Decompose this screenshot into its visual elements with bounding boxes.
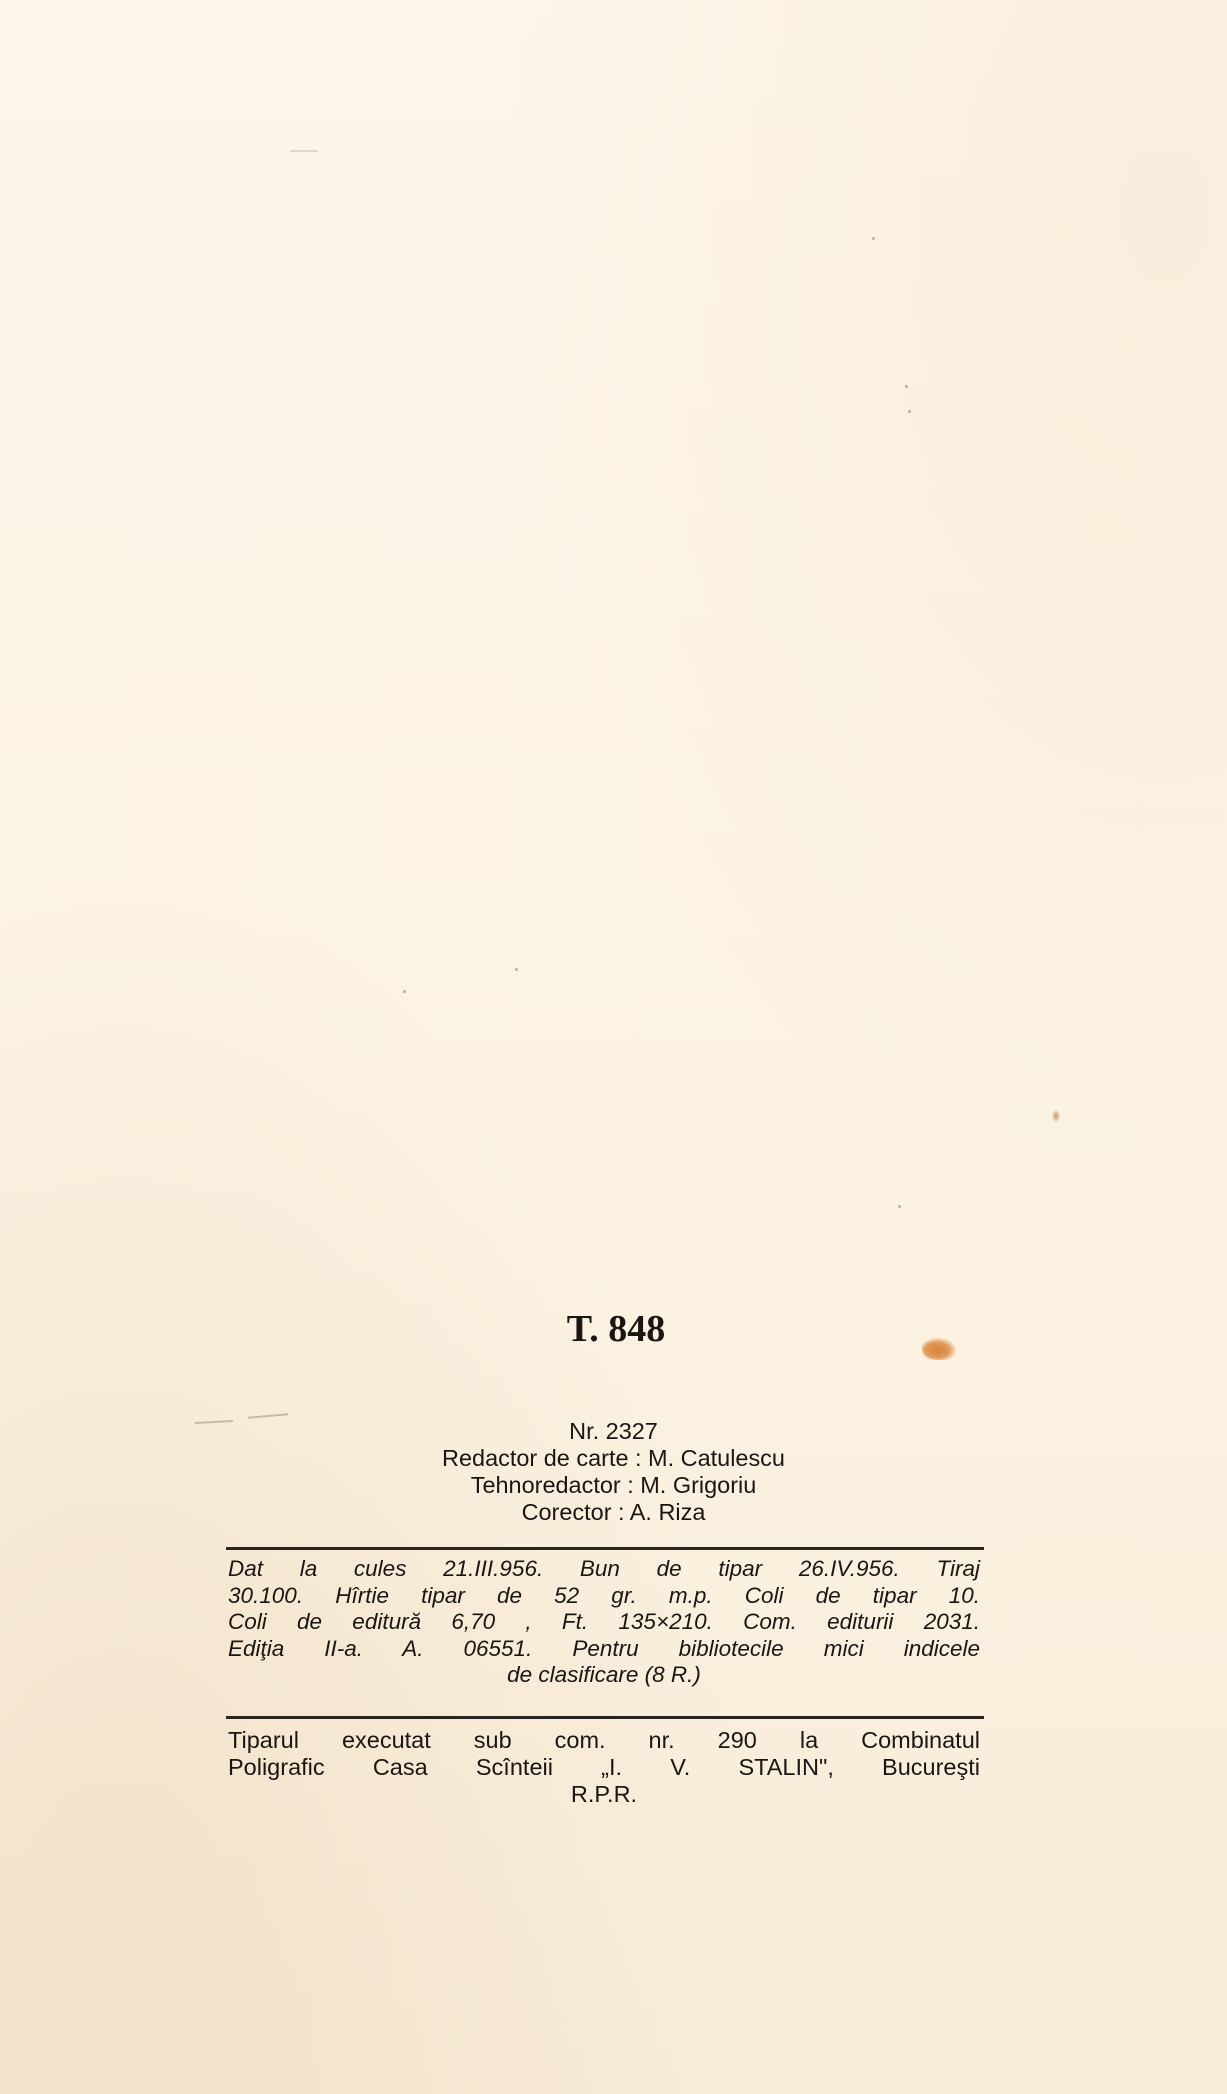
printer-line: R.P.R. bbox=[228, 1781, 980, 1808]
paper-speck bbox=[515, 968, 518, 971]
imprint-line: Coli de editură 6,70 , Ft. 135×210. Com.… bbox=[228, 1609, 980, 1636]
printer-colophon: Tiparul executat sub com. nr. 290 la Com… bbox=[228, 1727, 980, 1808]
divider-rule-bottom bbox=[226, 1716, 984, 1719]
printer-line: Tiparul executat sub com. nr. 290 la Com… bbox=[228, 1727, 980, 1754]
paper-speck bbox=[403, 990, 406, 993]
imprint-line: Ediţia II-a. A. 06551. Pentru biblioteci… bbox=[228, 1636, 980, 1663]
paper-speck bbox=[898, 1205, 901, 1208]
divider-rule-top bbox=[226, 1547, 984, 1550]
paper-speck bbox=[905, 385, 908, 388]
imprint-line: Dat la cules 21.III.956. Bun de tipar 26… bbox=[228, 1556, 980, 1583]
imprint-line: de clasificare (8 R.) bbox=[228, 1662, 980, 1689]
printer-line: Poligrafic Casa Scînteii „I. V. STALIN",… bbox=[228, 1754, 980, 1781]
book-editor: Redactor de carte : M. Catulescu bbox=[0, 1445, 1227, 1472]
paper-speck bbox=[908, 410, 911, 413]
print-number: Nr. 2327 bbox=[0, 1418, 1227, 1445]
imprint-line: 30.100. Hîrtie tipar de 52 gr. m.p. Coli… bbox=[228, 1583, 980, 1610]
paper-speck bbox=[872, 237, 875, 240]
pencil-mark bbox=[290, 150, 318, 152]
paper-stain-small bbox=[1052, 1110, 1060, 1122]
catalog-code: T. 848 bbox=[0, 1307, 1227, 1351]
imprint-details: Dat la cules 21.III.956. Bun de tipar 26… bbox=[228, 1556, 980, 1689]
technical-editor: Tehnoredactor : M. Grigoriu bbox=[0, 1472, 1227, 1499]
editorial-credits: Nr. 2327 Redactor de carte : M. Catulesc… bbox=[0, 1418, 1227, 1526]
proofreader: Corector : A. Riza bbox=[0, 1499, 1227, 1526]
